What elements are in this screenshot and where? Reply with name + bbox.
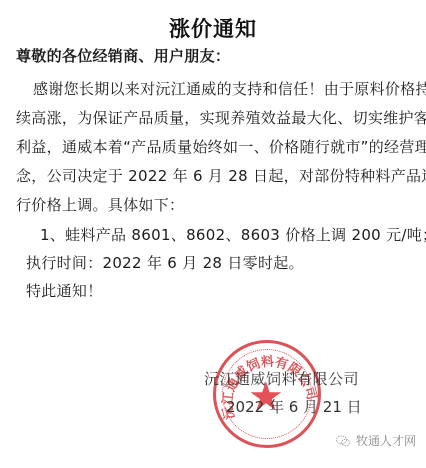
signature-company: 沅江通威饲料有限公司 bbox=[204, 368, 359, 389]
body-line: 行价格上调。具体如下： bbox=[16, 194, 184, 215]
wechat-icon bbox=[336, 435, 350, 447]
price-item: 1、蛙料产品 8601、8602、8603 价格上调 200 元/吨； bbox=[40, 224, 426, 245]
notice-document: 涨价通知 尊敬的各位经销商、用户朋友： 感谢您长期以来对沅江通威的支持和信任！由… bbox=[0, 0, 426, 468]
salutation: 尊敬的各位经销商、用户朋友： bbox=[16, 45, 230, 66]
body-line: 利益，通威本着“产品质量始终如一、价格随行就市”的经营理 bbox=[16, 136, 426, 157]
execution-time: 执行时间：2022 年 6 月 28 日零时起。 bbox=[26, 252, 304, 273]
body-line: 感谢您长期以来对沅江通威的支持和信任！由于原料价格持 bbox=[33, 78, 426, 99]
closing-remark: 特此通知！ bbox=[26, 280, 103, 301]
document-title: 涨价通知 bbox=[0, 13, 426, 43]
watermark: 牧通人才网 bbox=[336, 432, 416, 449]
body-line: 念，公司决定于 2022 年 6 月 28 日起，对部份特种料产品进 bbox=[16, 165, 426, 186]
company-seal: 沅江通威饲料有限公司 ★ bbox=[213, 340, 321, 448]
body-line: 续高涨，为保证产品质量，实现养殖效益最大化、切实维护客户 bbox=[16, 107, 426, 128]
signature-date: 2022 年 6 月 21 日 bbox=[226, 396, 362, 417]
watermark-text: 牧通人才网 bbox=[356, 432, 416, 449]
